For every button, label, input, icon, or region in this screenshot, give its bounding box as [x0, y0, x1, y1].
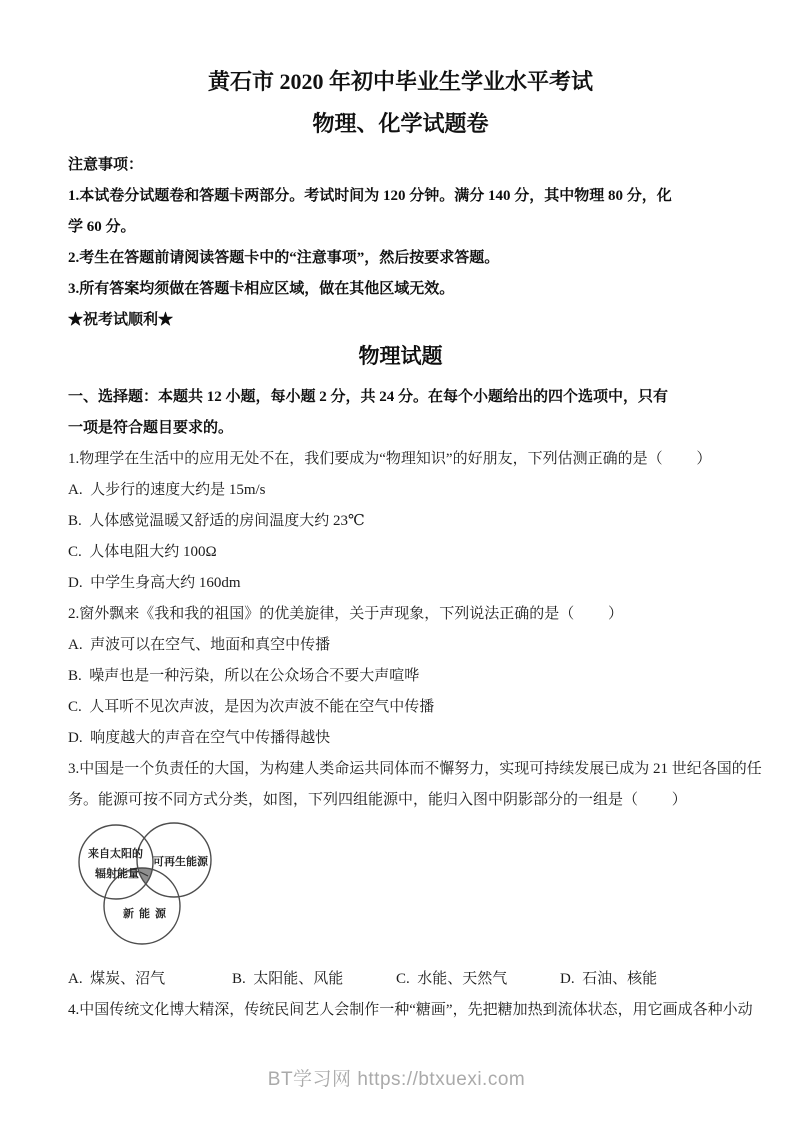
question-2-option-d: D. 响度越大的声音在空气中传播得越快 [68, 723, 733, 754]
question-2-option-a: A. 声波可以在空气、地面和真空中传播 [68, 630, 733, 661]
venn-label-solar-line-1: 来自太阳的 [88, 846, 143, 860]
energy-venn-diagram: 来自太阳的 辐射能量 可再生能源 新能源 [78, 822, 733, 948]
exam-title: 黄石市 2020 年初中毕业生学业水平考试 [68, 68, 733, 96]
exam-wish: ★祝考试顺利★ [68, 305, 733, 336]
question-1-option-a: A. 人步行的速度大约是 15m/s [68, 475, 733, 506]
question-1-option-c: C. 人体电阻大约 100Ω [68, 537, 733, 568]
notice-heading: 注意事项： [68, 150, 733, 181]
venn-label-solar-line-2: 辐射能量 [94, 866, 139, 880]
question-3-stem-line-2: 务。能源可按不同方式分类，如图，下列四组能源中，能归入图中阴影部分的一组是（ ） [68, 785, 733, 816]
exam-paper-page: 黄石市 2020 年初中毕业生学业水平考试 物理、化学试题卷 注意事项： 1.本… [0, 0, 793, 1026]
question-2-option-c: C. 人耳听不见次声波，是因为次声波不能在空气中传播 [68, 692, 733, 723]
question-1-stem: 1.物理学在生活中的应用无处不在，我们要成为“物理知识”的好朋友，下列估测正确的… [68, 444, 733, 475]
question-3-options-row: A. 煤炭、沼气 B. 太阳能、风能 C. 水能、天然气 D. 石油、核能 [68, 964, 733, 995]
venn-circle-solar [79, 825, 153, 899]
notice-1-line-1: 1.本试卷分试题卷和答题卡两部分。考试时间为 120 分钟。满分 140 分，其… [68, 181, 733, 212]
question-3-option-b: B. 太阳能、风能 [232, 964, 396, 995]
question-1-option-b: B. 人体感觉温暖又舒适的房间温度大约 23℃ [68, 506, 733, 537]
question-3-stem-line-1: 3.中国是一个负责任的大国，为构建人类命运共同体而不懈努力，实现可持续发展已成为… [68, 754, 733, 785]
question-3-option-a: A. 煤炭、沼气 [68, 964, 232, 995]
question-1-option-d: D. 中学生身高大约 160dm [68, 568, 733, 599]
notice-1-line-2: 学 60 分。 [68, 212, 733, 243]
part1-heading-line-2: 一项是符合题目要求的。 [68, 413, 733, 444]
question-2-stem: 2.窗外飘来《我和我的祖国》的优美旋律，关于声现象，下列说法正确的是（ ） [68, 599, 733, 630]
section-title-physics: 物理试题 [68, 340, 733, 372]
venn-svg: 来自太阳的 辐射能量 可再生能源 新能源 [78, 822, 218, 948]
site-watermark: BT学习网 https://btxuexi.com [0, 1064, 793, 1091]
notice-2: 2.考生在答题前请阅读答题卡中的“注意事项”，然后按要求答题。 [68, 243, 733, 274]
venn-label-renewable: 可再生能源 [153, 854, 209, 868]
exam-subtitle: 物理、化学试题卷 [68, 110, 733, 138]
venn-label-new-energy: 新能源 [123, 906, 171, 920]
notice-3: 3.所有答案均须做在答题卡相应区域，做在其他区域无效。 [68, 274, 733, 305]
part1-heading-line-1: 一、选择题：本题共 12 小题，每小题 2 分，共 24 分。在每个小题给出的四… [68, 382, 733, 413]
question-4-stem: 4.中国传统文化博大精深，传统民间艺人会制作一种“糖画”，先把糖加热到流体状态，… [68, 995, 733, 1026]
question-2-option-b: B. 噪声也是一种污染，所以在公众场合不要大声喧哗 [68, 661, 733, 692]
question-3-option-c: C. 水能、天然气 [396, 964, 560, 995]
question-3-option-d: D. 石油、核能 [560, 964, 657, 995]
